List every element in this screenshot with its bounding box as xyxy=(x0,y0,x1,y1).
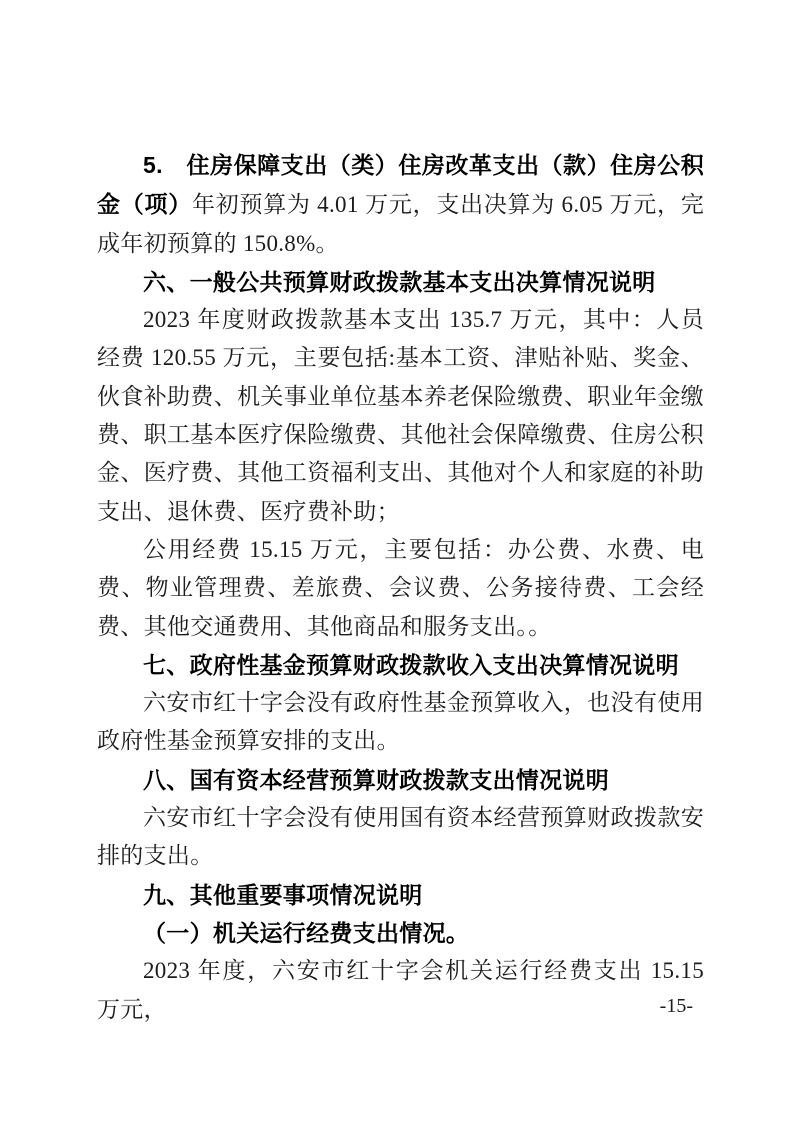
page-number: -15- xyxy=(660,994,693,1018)
heading-subsection-one-operating-expenses: （一）机关运行经费支出情况。 xyxy=(97,914,704,952)
heading-section-nine-other-matters: 九、其他重要事项情况说明 xyxy=(97,876,704,914)
paragraph-housing-security: 5. 住房保障支出（类）住房改革支出（款）住房公积金（项）年初预算为 4.01 … xyxy=(97,146,704,263)
paragraph-government-fund: 六安市红十字会没有政府性基金预算收入，也没有使用政府性基金预算安排的支出。 xyxy=(97,684,704,761)
document-body: 5. 住房保障支出（类）住房改革支出（款）住房公积金（项）年初预算为 4.01 … xyxy=(97,146,704,1029)
paragraph-operating-expenses: 2023 年度，六安市红十字会机关运行经费支出 15.15 万元， xyxy=(97,952,704,1029)
heading-section-eight-state-capital: 八、国有资本经营预算财政拨款支出情况说明 xyxy=(97,761,704,799)
heading-section-six-basic-expenditure: 六、一般公共预算财政拨款基本支出决算情况说明 xyxy=(97,263,704,301)
paragraph-personnel-funds: 2023 年度财政拨款基本支出 135.7 万元，其中：人员经费 120.55 … xyxy=(97,301,704,531)
paragraph-state-capital: 六安市红十字会没有使用国有资本经营预算财政拨款安排的支出。 xyxy=(97,799,704,876)
paragraph-public-funds: 公用经费 15.15 万元，主要包括：办公费、水费、电费、物业管理费、差旅费、会… xyxy=(97,531,704,646)
heading-section-seven-government-fund: 七、政府性基金预算财政拨款收入支出决算情况说明 xyxy=(97,646,704,684)
document-page: 5. 住房保障支出（类）住房改革支出（款）住房公积金（项）年初预算为 4.01 … xyxy=(0,0,793,1122)
